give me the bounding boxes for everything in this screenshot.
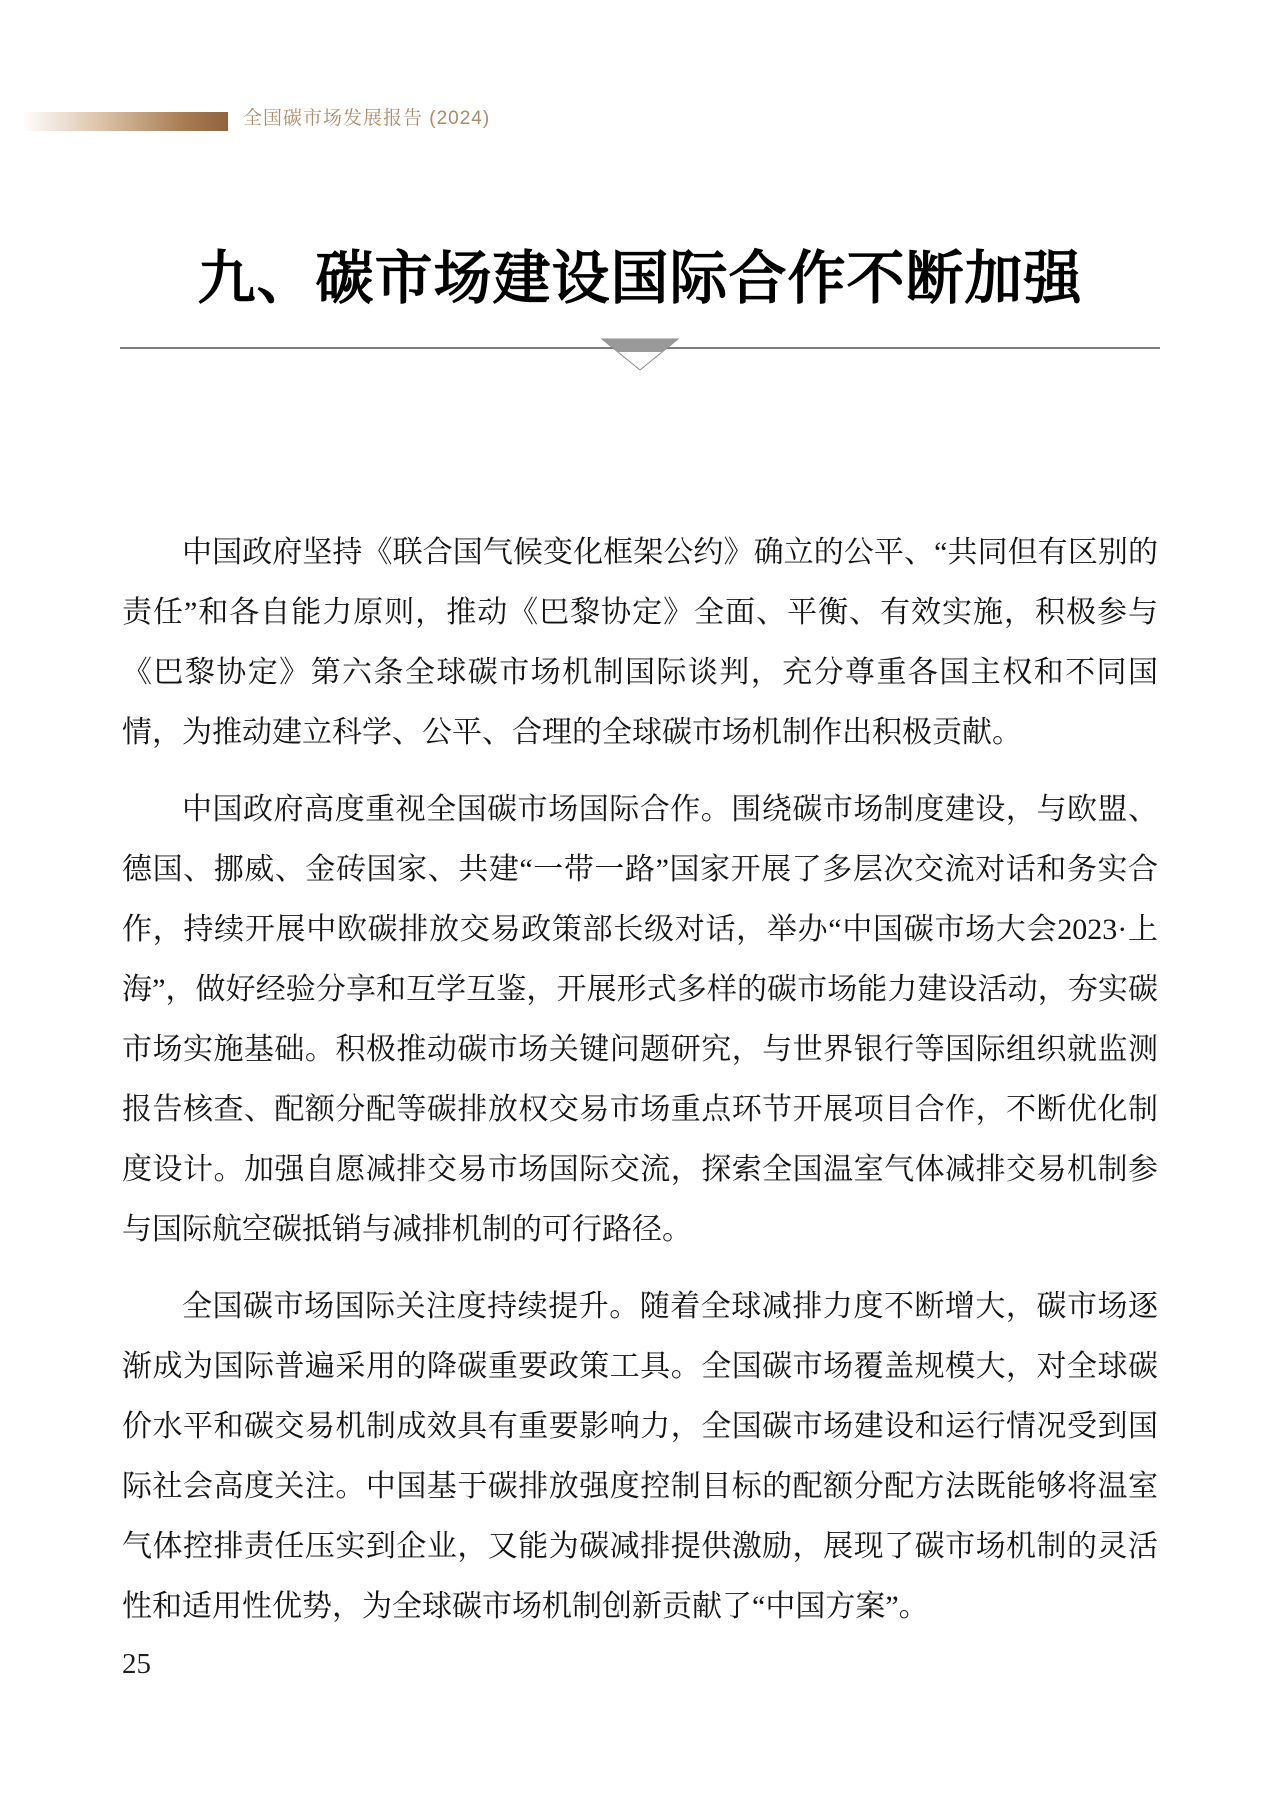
body-text: 中国政府坚持《联合国气候变化框架公约》确立的公平、“共同但有区别的责任”和各自能… xyxy=(122,523,1158,1654)
header-gradient-bar xyxy=(24,112,228,131)
paragraph: 全国碳市场国际关注度持续提升。随着全球减排力度不断增大，碳市场逐渐成为国际普遍采… xyxy=(122,1277,1158,1637)
page-number: 25 xyxy=(122,1648,151,1681)
document-page: 全国碳市场发展报告 (2024) 九、碳市场建设国际合作不断加强 中国政府坚持《… xyxy=(0,0,1280,1799)
header-report-title: 全国碳市场发展报告 (2024) xyxy=(243,103,490,130)
paragraph: 中国政府坚持《联合国气候变化框架公约》确立的公平、“共同但有区别的责任”和各自能… xyxy=(122,523,1158,763)
paragraph: 中国政府高度重视全国碳市场国际合作。围绕碳市场制度建设，与欧盟、德国、挪威、金砖… xyxy=(122,780,1158,1260)
chevron-down-icon xyxy=(601,338,679,372)
section-title: 九、碳市场建设国际合作不断加强 xyxy=(0,231,1280,315)
